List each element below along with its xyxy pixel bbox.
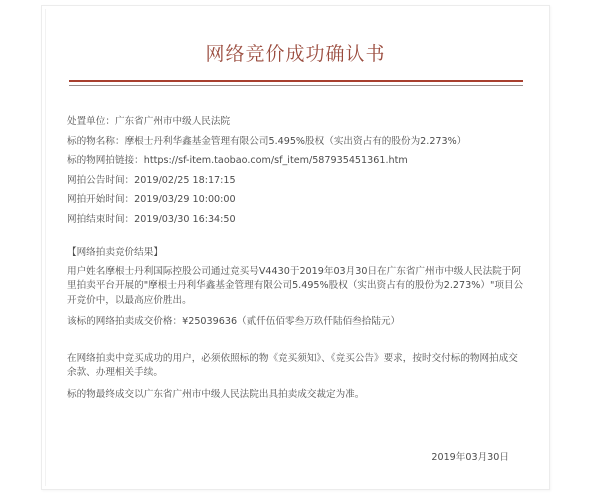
result-heading: 【网络拍卖竞价结果】 bbox=[67, 243, 527, 263]
title-rule-thin bbox=[69, 85, 523, 86]
info-end-time: 网拍结束时间：2019/03/30 16:34:50 bbox=[67, 210, 527, 230]
price-text: 该标的网络拍卖成交价格：¥25039636（贰仟伍佰零叁万玖仟陆佰叁拾陆元） bbox=[67, 312, 527, 332]
info-value: 2019/03/29 10:00:00 bbox=[134, 194, 235, 205]
notice-text: 在网络拍卖中竞买成功的用户，必须依照标的物《竞买须知》、《竞买公告》要求，按时交… bbox=[67, 352, 527, 381]
info-label: 处置单位： bbox=[67, 116, 115, 127]
result-text: 用户姓名摩根士丹利国际控股公司通过竞买号V4430于2019年03月30日在广东… bbox=[67, 265, 527, 309]
document-body: 处置单位：广东省广州市中级人民法院 标的物名称：摩根士丹利华鑫基金管理有限公司5… bbox=[67, 112, 527, 404]
document-title: 网络竞价成功确认书 bbox=[42, 39, 549, 66]
info-label: 网拍结束时间： bbox=[67, 214, 134, 225]
title-rule-thick bbox=[69, 80, 523, 82]
info-auction-link: 标的物网拍链接：https://sf-item.taobao.com/sf_it… bbox=[67, 151, 527, 171]
document-date: 2019年03月30日 bbox=[431, 449, 509, 463]
info-value: 摩根士丹利华鑫基金管理有限公司5.495%股权（实出资占有的股份为2.273%） bbox=[125, 136, 467, 147]
info-item-name: 标的物名称：摩根士丹利华鑫基金管理有限公司5.495%股权（实出资占有的股份为2… bbox=[67, 132, 527, 152]
info-announce-time: 网拍公告时间：2019/02/25 18:17:15 bbox=[67, 171, 527, 191]
info-start-time: 网拍开始时间：2019/03/29 10:00:00 bbox=[67, 190, 527, 210]
document-frame: 网络竞价成功确认书 处置单位：广东省广州市中级人民法院 标的物名称：摩根士丹利华… bbox=[41, 5, 550, 490]
final-text: 标的物最终成交以广东省广州市中级人民法院出具拍卖成交裁定为准。 bbox=[67, 385, 527, 405]
info-value: 广东省广州市中级人民法院 bbox=[115, 116, 230, 127]
info-value: 2019/02/25 18:17:15 bbox=[134, 175, 235, 186]
info-label: 网拍开始时间： bbox=[67, 194, 134, 205]
info-label: 标的物名称： bbox=[67, 136, 125, 147]
auction-link[interactable]: https://sf-item.taobao.com/sf_item/58793… bbox=[144, 155, 408, 166]
info-disposal-unit: 处置单位：广东省广州市中级人民法院 bbox=[67, 112, 527, 132]
info-value: 2019/03/30 16:34:50 bbox=[134, 214, 235, 225]
info-label: 网拍公告时间： bbox=[67, 175, 134, 186]
info-label: 标的物网拍链接： bbox=[67, 155, 144, 166]
